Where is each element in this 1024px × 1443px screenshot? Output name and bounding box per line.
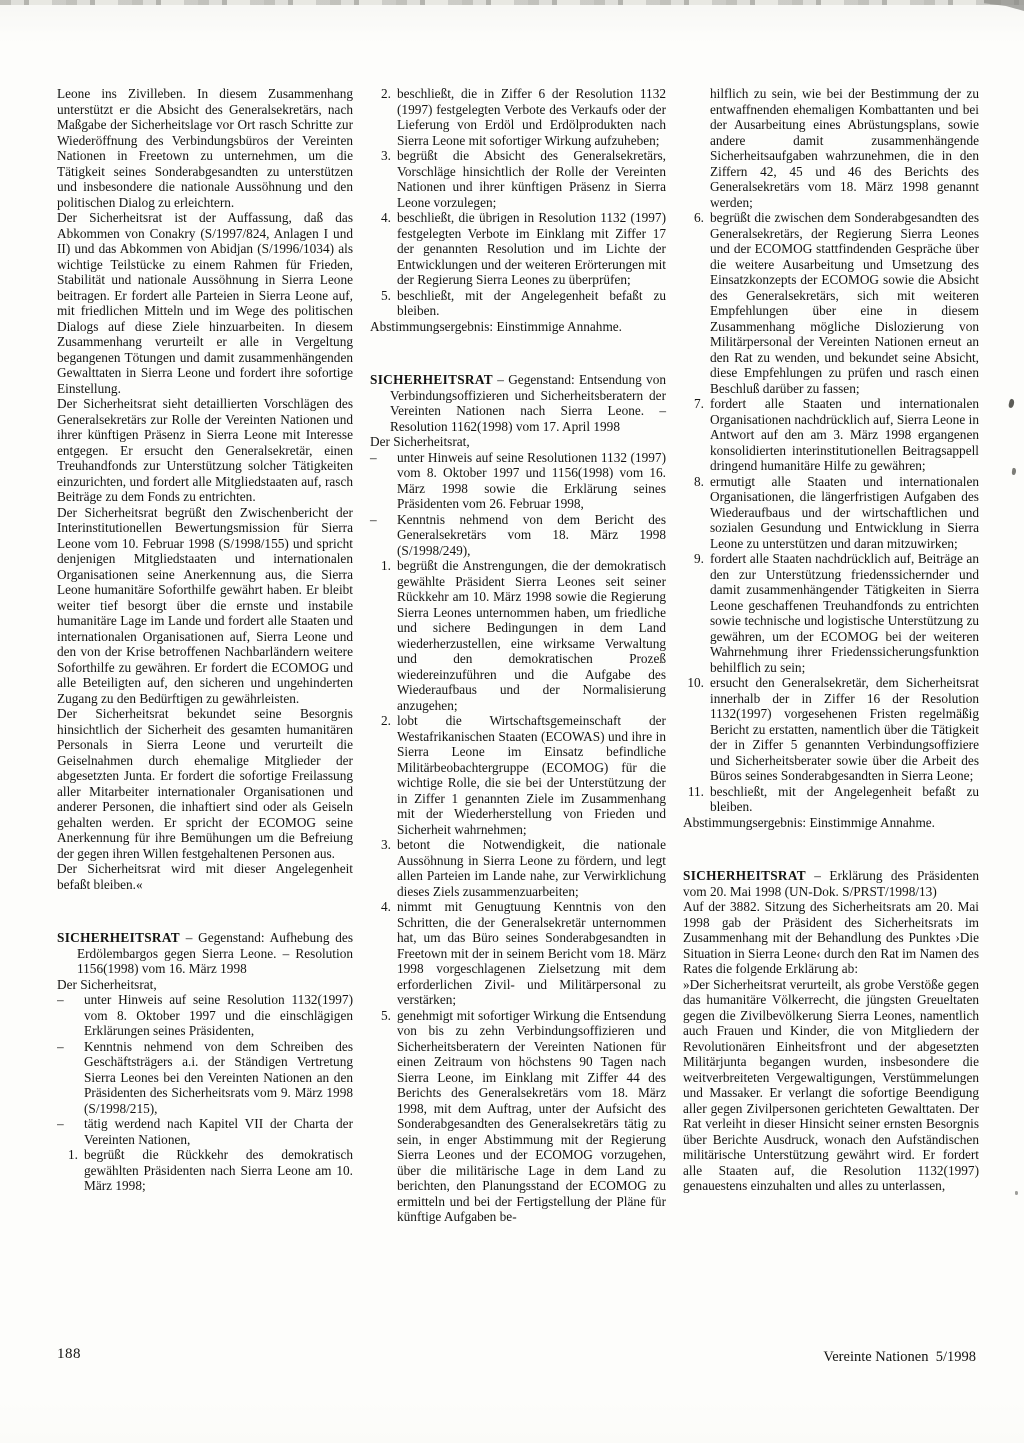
numbered-item: 1.begrüßt die Anstrengungen, die der dem… bbox=[370, 558, 666, 713]
preamble-dash-item: –tätig werdend nach Kapitel VII der Char… bbox=[57, 1116, 353, 1147]
numbered-item: 2.lobt die Wirtschaftsgemeinschaft der W… bbox=[370, 713, 666, 837]
scan-speck bbox=[1015, 1191, 1018, 1195]
paragraph: Auf der 3882. Sitzung des Sicherheitsrat… bbox=[683, 899, 979, 977]
item-number: 1. bbox=[370, 558, 391, 574]
section-heading-president-statement: SICHERHEITSRAT – Erklärung des Präsident… bbox=[683, 868, 979, 899]
item-text: betont die Notwendigkeit, die nationale … bbox=[397, 837, 666, 899]
dash-item-text: unter Hinweis auf seine Resolution 1132(… bbox=[84, 992, 353, 1038]
scan-speck bbox=[1012, 468, 1017, 475]
paragraph: »Der Sicherheitsrat verurteilt, als grob… bbox=[683, 977, 979, 1194]
item-number: 8. bbox=[683, 474, 704, 490]
item-text: lobt die Wirtschaftsgemeinschaft der Wes… bbox=[397, 713, 666, 837]
item-text: ermutigt alle Staaten und internationale… bbox=[710, 474, 979, 551]
text-column-1: Leone ins Zivilleben. In diesem Zusammen… bbox=[57, 86, 353, 1342]
numbered-item: 10.ersucht den Generalsekretär, dem Sich… bbox=[683, 675, 979, 784]
page-number: 188 bbox=[57, 1346, 81, 1363]
resolution-intro: Der Sicherheitsrat, bbox=[370, 434, 666, 450]
vote-result: Abstimmungsergebnis: Einstimmige Annahme… bbox=[683, 815, 979, 831]
dash-item-text: tätig werdend nach Kapitel VII der Chart… bbox=[84, 1116, 353, 1147]
item-text: beschließt, mit der Angelegenheit befaßt… bbox=[710, 784, 979, 815]
item-number: 6. bbox=[683, 210, 704, 226]
item-text: beschließt, die in Ziffer 6 der Resoluti… bbox=[397, 86, 666, 148]
preamble-dash-item: –Kenntnis nehmend von dem Schreiben des … bbox=[57, 1039, 353, 1117]
item-number: 3. bbox=[370, 837, 391, 853]
preamble-dash-item: –unter Hinweis auf seine Resolutionen 11… bbox=[370, 450, 666, 512]
dash-glyph: – bbox=[370, 512, 397, 528]
dash-glyph: – bbox=[57, 1116, 84, 1132]
item-text: beschließt, die übrigen in Resolution 11… bbox=[397, 210, 666, 287]
numbered-item: 1.begrüßt die Rückkehr des demokratisch … bbox=[57, 1147, 353, 1194]
item-number: 5. bbox=[370, 1008, 391, 1024]
dash-glyph: – bbox=[57, 992, 84, 1008]
scan-speck bbox=[1008, 399, 1015, 409]
numbered-item: 3.betont die Notwendigkeit, die national… bbox=[370, 837, 666, 899]
item-number: 5. bbox=[370, 288, 391, 304]
numbered-item: 9.fordert alle Staaten nachdrücklich auf… bbox=[683, 551, 979, 675]
dash-item-text: Kenntnis nehmend von dem Schreiben des G… bbox=[84, 1039, 353, 1116]
scan-edge-artifact-top bbox=[0, 0, 1024, 5]
heading-lead: SICHERHEITSRAT bbox=[57, 930, 180, 945]
paragraph: Der Sicherheitsrat wird mit dieser Angel… bbox=[57, 861, 353, 892]
text-column-3: hilflich zu sein, wie bei der Bestimmung… bbox=[683, 86, 979, 1342]
three-column-text-block: Leone ins Zivilleben. In diesem Zusammen… bbox=[57, 86, 979, 1342]
item-number: 9. bbox=[683, 551, 704, 567]
item-number: 3. bbox=[370, 148, 391, 164]
numbered-item: 5.genehmigt mit sofortiger Wirkung die E… bbox=[370, 1008, 666, 1225]
dash-glyph: – bbox=[370, 450, 397, 466]
paragraph: Der Sicherheitsrat ist der Auffassung, d… bbox=[57, 210, 353, 396]
item-text: nimmt mit Genugtuung Kenntnis von den Sc… bbox=[397, 899, 666, 1007]
item-text: fordert alle Staaten und internationalen… bbox=[710, 396, 979, 473]
numbered-item: 5.beschließt, mit der Angelegenheit befa… bbox=[370, 288, 666, 319]
item-text: fordert alle Staaten nachdrücklich auf, … bbox=[710, 551, 979, 675]
item-text: genehmigt mit sofortiger Wirkung die Ent… bbox=[397, 1008, 666, 1225]
item-text: begrüßt die Rückkehr des demokratisch ge… bbox=[84, 1147, 353, 1193]
numbered-item: 2.beschließt, die in Ziffer 6 der Resolu… bbox=[370, 86, 666, 148]
dash-glyph: – bbox=[57, 1039, 84, 1055]
item-number: 10. bbox=[683, 675, 704, 691]
heading-lead: SICHERHEITSRAT bbox=[370, 372, 493, 387]
paragraph: Der Sicherheitsrat sieht detaillierten V… bbox=[57, 396, 353, 505]
item-continuation: hilflich zu sein, wie bei der Bestimmung… bbox=[683, 86, 979, 210]
item-text: begrüßt die Absicht des Generalsekretärs… bbox=[397, 148, 666, 210]
scan-edge-artifact-corner bbox=[984, 0, 1024, 11]
item-number: 4. bbox=[370, 210, 391, 226]
numbered-item: 7.fordert alle Staaten und international… bbox=[683, 396, 979, 474]
numbered-item: 4.nimmt mit Genugtuung Kenntnis von den … bbox=[370, 899, 666, 1008]
paragraph: Der Sicherheitsrat bekundet seine Besorg… bbox=[57, 706, 353, 861]
numbered-item: 8.ermutigt alle Staaten und internationa… bbox=[683, 474, 979, 552]
numbered-item: 11.beschließt, mit der Angelegenheit bef… bbox=[683, 784, 979, 815]
paragraph: Der Sicherheitsrat begrüßt den Zwischenb… bbox=[57, 505, 353, 707]
scanned-journal-page: Leone ins Zivilleben. In diesem Zusammen… bbox=[0, 0, 1024, 1443]
item-number: 2. bbox=[370, 713, 391, 729]
dash-item-text: Kenntnis nehmend von dem Bericht des Gen… bbox=[397, 512, 666, 558]
paragraph: Leone ins Zivilleben. In diesem Zusammen… bbox=[57, 86, 353, 210]
numbered-item: 3.begrüßt die Absicht des Generalsekretä… bbox=[370, 148, 666, 210]
numbered-item: 6.begrüßt die zwischen dem Sonderabgesan… bbox=[683, 210, 979, 396]
section-heading-resolution-1156: SICHERHEITSRAT – Gegenstand: Aufhebung d… bbox=[57, 930, 353, 977]
item-number: 11. bbox=[683, 784, 704, 800]
item-text: begrüßt die zwischen dem Sonderabgesandt… bbox=[710, 210, 979, 396]
item-number: 1. bbox=[57, 1147, 78, 1163]
item-text: begrüßt die Anstrengungen, die der demok… bbox=[397, 558, 666, 713]
preamble-dash-item: –Kenntnis nehmend von dem Bericht des Ge… bbox=[370, 512, 666, 559]
resolution-intro: Der Sicherheitsrat, bbox=[57, 977, 353, 993]
preamble-dash-item: –unter Hinweis auf seine Resolution 1132… bbox=[57, 992, 353, 1039]
vote-result: Abstimmungsergebnis: Einstimmige Annahme… bbox=[370, 319, 666, 335]
item-number: 7. bbox=[683, 396, 704, 412]
item-text: beschließt, mit der Angelegenheit befaßt… bbox=[397, 288, 666, 319]
dash-item-text: unter Hinweis auf seine Resolutionen 113… bbox=[397, 450, 666, 512]
text-column-2: 2.beschließt, die in Ziffer 6 der Resolu… bbox=[370, 86, 666, 1342]
item-text: ersucht den Generalsekretär, dem Sicherh… bbox=[710, 675, 979, 783]
item-number: 2. bbox=[370, 86, 391, 102]
item-number: 4. bbox=[370, 899, 391, 915]
section-heading-resolution-1162: SICHERHEITSRAT – Gegenstand: Entsendung … bbox=[370, 372, 666, 434]
numbered-item: 4.beschließt, die übrigen in Resolution … bbox=[370, 210, 666, 288]
journal-title: Vereinte Nationen 5/1998 bbox=[823, 1349, 976, 1366]
heading-lead: SICHERHEITSRAT bbox=[683, 868, 806, 883]
